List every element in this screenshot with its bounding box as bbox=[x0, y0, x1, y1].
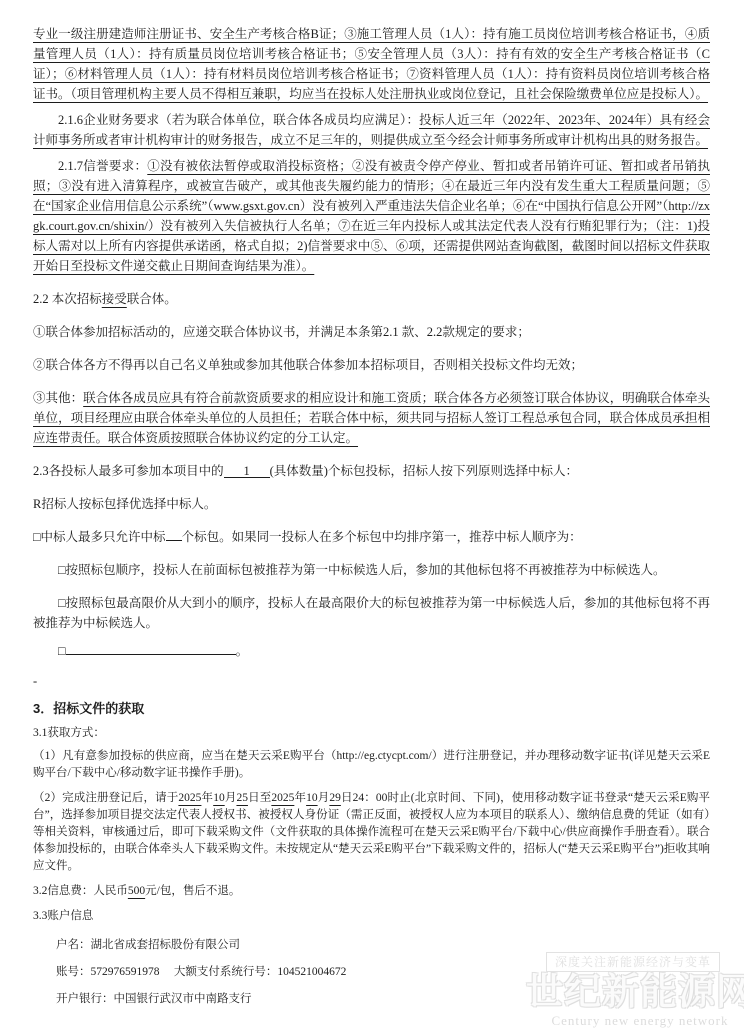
text-run: 2.2 本次招标 bbox=[33, 292, 102, 306]
text-run: 年 bbox=[294, 792, 306, 804]
text-run: 户名：湖北省成套招标股份有限公司 bbox=[56, 939, 240, 951]
text-run: □中标人最多只允许中标 bbox=[33, 530, 166, 544]
text-run: （1）凡有意参加投标的供应商，应当在楚天云采E购平台（http://eg.cty… bbox=[33, 750, 710, 779]
text-run: □ bbox=[58, 644, 66, 658]
text-run: R招标人按标包择优选择中标人。 bbox=[33, 497, 216, 511]
text-run: 个标包。如果同一投标人在多个标包中均排序第一，推荐中标人顺序为： bbox=[182, 530, 582, 544]
dash-placeholder: - bbox=[33, 671, 710, 691]
underlined-text: 29 bbox=[329, 792, 341, 804]
text-run: 联合体。 bbox=[127, 292, 177, 306]
text-run: 元/包，售后不退。 bbox=[145, 885, 240, 897]
fill-in-blank: 1 bbox=[224, 465, 270, 478]
text-run: ③其他： bbox=[33, 391, 83, 405]
option-blank: □。 bbox=[33, 641, 710, 661]
underlined-text: 500 bbox=[128, 885, 145, 897]
text-run: - bbox=[33, 674, 37, 688]
consortium-item-2: ②联合体各方不得再以自己名义单独或参加其他联合体参加本招标项目，否则相关投标文件… bbox=[33, 355, 710, 375]
text-run: 3.1获取方式： bbox=[33, 727, 105, 739]
text-run: 2.1.7信誉要求： bbox=[58, 159, 147, 173]
clause-3-1-item-1: （1）凡有意参加投标的供应商，应当在楚天云采E购平台（http://eg.cty… bbox=[33, 748, 710, 782]
text-run: 账号：572976591978 大额支付系统行号：104521004672 bbox=[56, 966, 346, 978]
text-run: 月 bbox=[318, 792, 330, 804]
text-run: 3.3账户信息 bbox=[33, 910, 93, 922]
text-run: 3．招标文件的获取 bbox=[33, 701, 144, 716]
underlined-text: 联合体各成员应具有符合前款资质要求的相应设计和施工资质；联合体各方必须签订联合体… bbox=[33, 391, 710, 445]
watermark: 深度关注新能源经济与变革 世纪新能源网 Century new energy n… bbox=[526, 952, 744, 1028]
option-package-order: □按照标包顺序，投标人在前面标包被推荐为第一中标候选人后，参加的其他标包将不再被… bbox=[33, 560, 710, 580]
clause-2-3-max-packages: 2.3各投标人最多可参加本项目中的1(具体数量)个标包投标，招标人按下列原则选择… bbox=[33, 461, 710, 481]
underlined-text: 25 bbox=[236, 792, 248, 804]
text-run: 2.3各投标人最多可参加本项目中的 bbox=[33, 464, 224, 478]
underlined-text: 2025 bbox=[178, 792, 201, 804]
text-run: □按照标包顺序，投标人在前面标包被推荐为第一中标候选人后，参加的其他标包将不再被… bbox=[58, 563, 666, 577]
clause-2-2-consortium-accepted: 2.2 本次招标接受联合体。 bbox=[33, 289, 710, 309]
text-run: □按照标包最高限价从大到小的顺序，投标人在最高限价大的标包被推荐为第一中标候选人… bbox=[33, 596, 710, 630]
clause-3-3-account-info: 3.3账户信息 bbox=[33, 908, 710, 925]
text-run: 3.2信息费：人民币 bbox=[33, 885, 128, 897]
text-run: 开户银行：中国银行武汉市中南路支行 bbox=[56, 993, 252, 1005]
clause-2-1-6-financial-requirements: 2.1.6企业财务要求（若为联合体单位，联合体各成员均应满足）：投标人近三年（2… bbox=[33, 110, 710, 150]
document-body: 专业一级注册建造师注册证书、安全生产考核合格B证；③施工管理人员（1人）：持有施… bbox=[33, 24, 710, 1008]
text-run: ②联合体各方不得再以自己名义单独或参加其他联合体参加本招标项目，否则相关投标文件… bbox=[33, 358, 583, 372]
personnel-certificates-clause: 专业一级注册建造师注册证书、安全生产考核合格B证；③施工管理人员（1人）：持有施… bbox=[33, 24, 710, 104]
underlined-text: 10 bbox=[213, 792, 225, 804]
text-run: 日24：00时止(北京时间、下同)，使用移动数字证书登录“楚天云采E购平台”，选… bbox=[33, 792, 710, 872]
consortium-item-1: ①联合体参加招标活动的，应递交联合体协议书，并满足本条第2.1 款、2.2款规定… bbox=[33, 322, 710, 342]
fill-in-blank bbox=[166, 528, 182, 541]
option-max-winning-packages: □中标人最多只允许中标个标包。如果同一投标人在多个标包中均排序第一，推荐中标人顺… bbox=[33, 527, 710, 547]
option-price-order: □按照标包最高限价从大到小的顺序，投标人在最高限价大的标包被推荐为第一中标候选人… bbox=[33, 593, 710, 633]
fill-in-blank bbox=[66, 642, 236, 655]
option-select-winner-by-package: R招标人按标包择优选择中标人。 bbox=[33, 494, 710, 514]
watermark-title: 世纪新能源网 bbox=[526, 974, 744, 1012]
text-run: 年 bbox=[201, 792, 213, 804]
underlined-text: 接受 bbox=[102, 292, 127, 306]
text-run: (具体数量)个标包投标，招标人按下列原则选择中标人： bbox=[270, 464, 578, 478]
text-run: 日至 bbox=[248, 792, 271, 804]
text-run: （2）完成注册登记后，请于 bbox=[33, 792, 178, 804]
clause-3-2-information-fee: 3.2信息费：人民币500元/包，售后不退。 bbox=[33, 883, 710, 900]
section-3-heading: 3．招标文件的获取 bbox=[33, 699, 710, 719]
watermark-subtitle: Century new energy network bbox=[526, 1013, 744, 1028]
text-run: ①联合体参加招标活动的，应递交联合体协议书，并满足本条第2.1 款、2.2款规定… bbox=[33, 325, 530, 339]
text-run: 。 bbox=[236, 644, 249, 658]
underlined-text: ①没有被依法暂停或取消投标资格；②没有被责令停产停业、暂扣或者吊销许可证、暂扣或… bbox=[33, 159, 710, 273]
clause-2-1-7-credit-requirements: 2.1.7信誉要求：①没有被依法暂停或取消投标资格；②没有被责令停产停业、暂扣或… bbox=[33, 156, 710, 276]
consortium-item-3-other: ③其他：联合体各成员应具有符合前款资质要求的相应设计和施工资质；联合体各方必须签… bbox=[33, 388, 710, 448]
underlined-text: 2025 bbox=[271, 792, 294, 804]
underlined-text: 10 bbox=[306, 792, 318, 804]
text-run: 2.1.6企业财务要求（若为联合体单位，联合体各成员均应满足）： bbox=[58, 113, 419, 127]
text-run: 月 bbox=[225, 792, 237, 804]
clause-3-1-acquisition-method: 3.1获取方式： bbox=[33, 725, 710, 742]
clause-3-1-item-2: （2）完成注册登记后，请于2025年10月25日至2025年10月29日24：0… bbox=[33, 790, 710, 875]
underlined-text: 专业一级注册建造师注册证书、安全生产考核合格B证；③施工管理人员（1人）：持有施… bbox=[33, 27, 710, 101]
watermark-tagline: 深度关注新能源经济与变革 bbox=[546, 952, 720, 972]
